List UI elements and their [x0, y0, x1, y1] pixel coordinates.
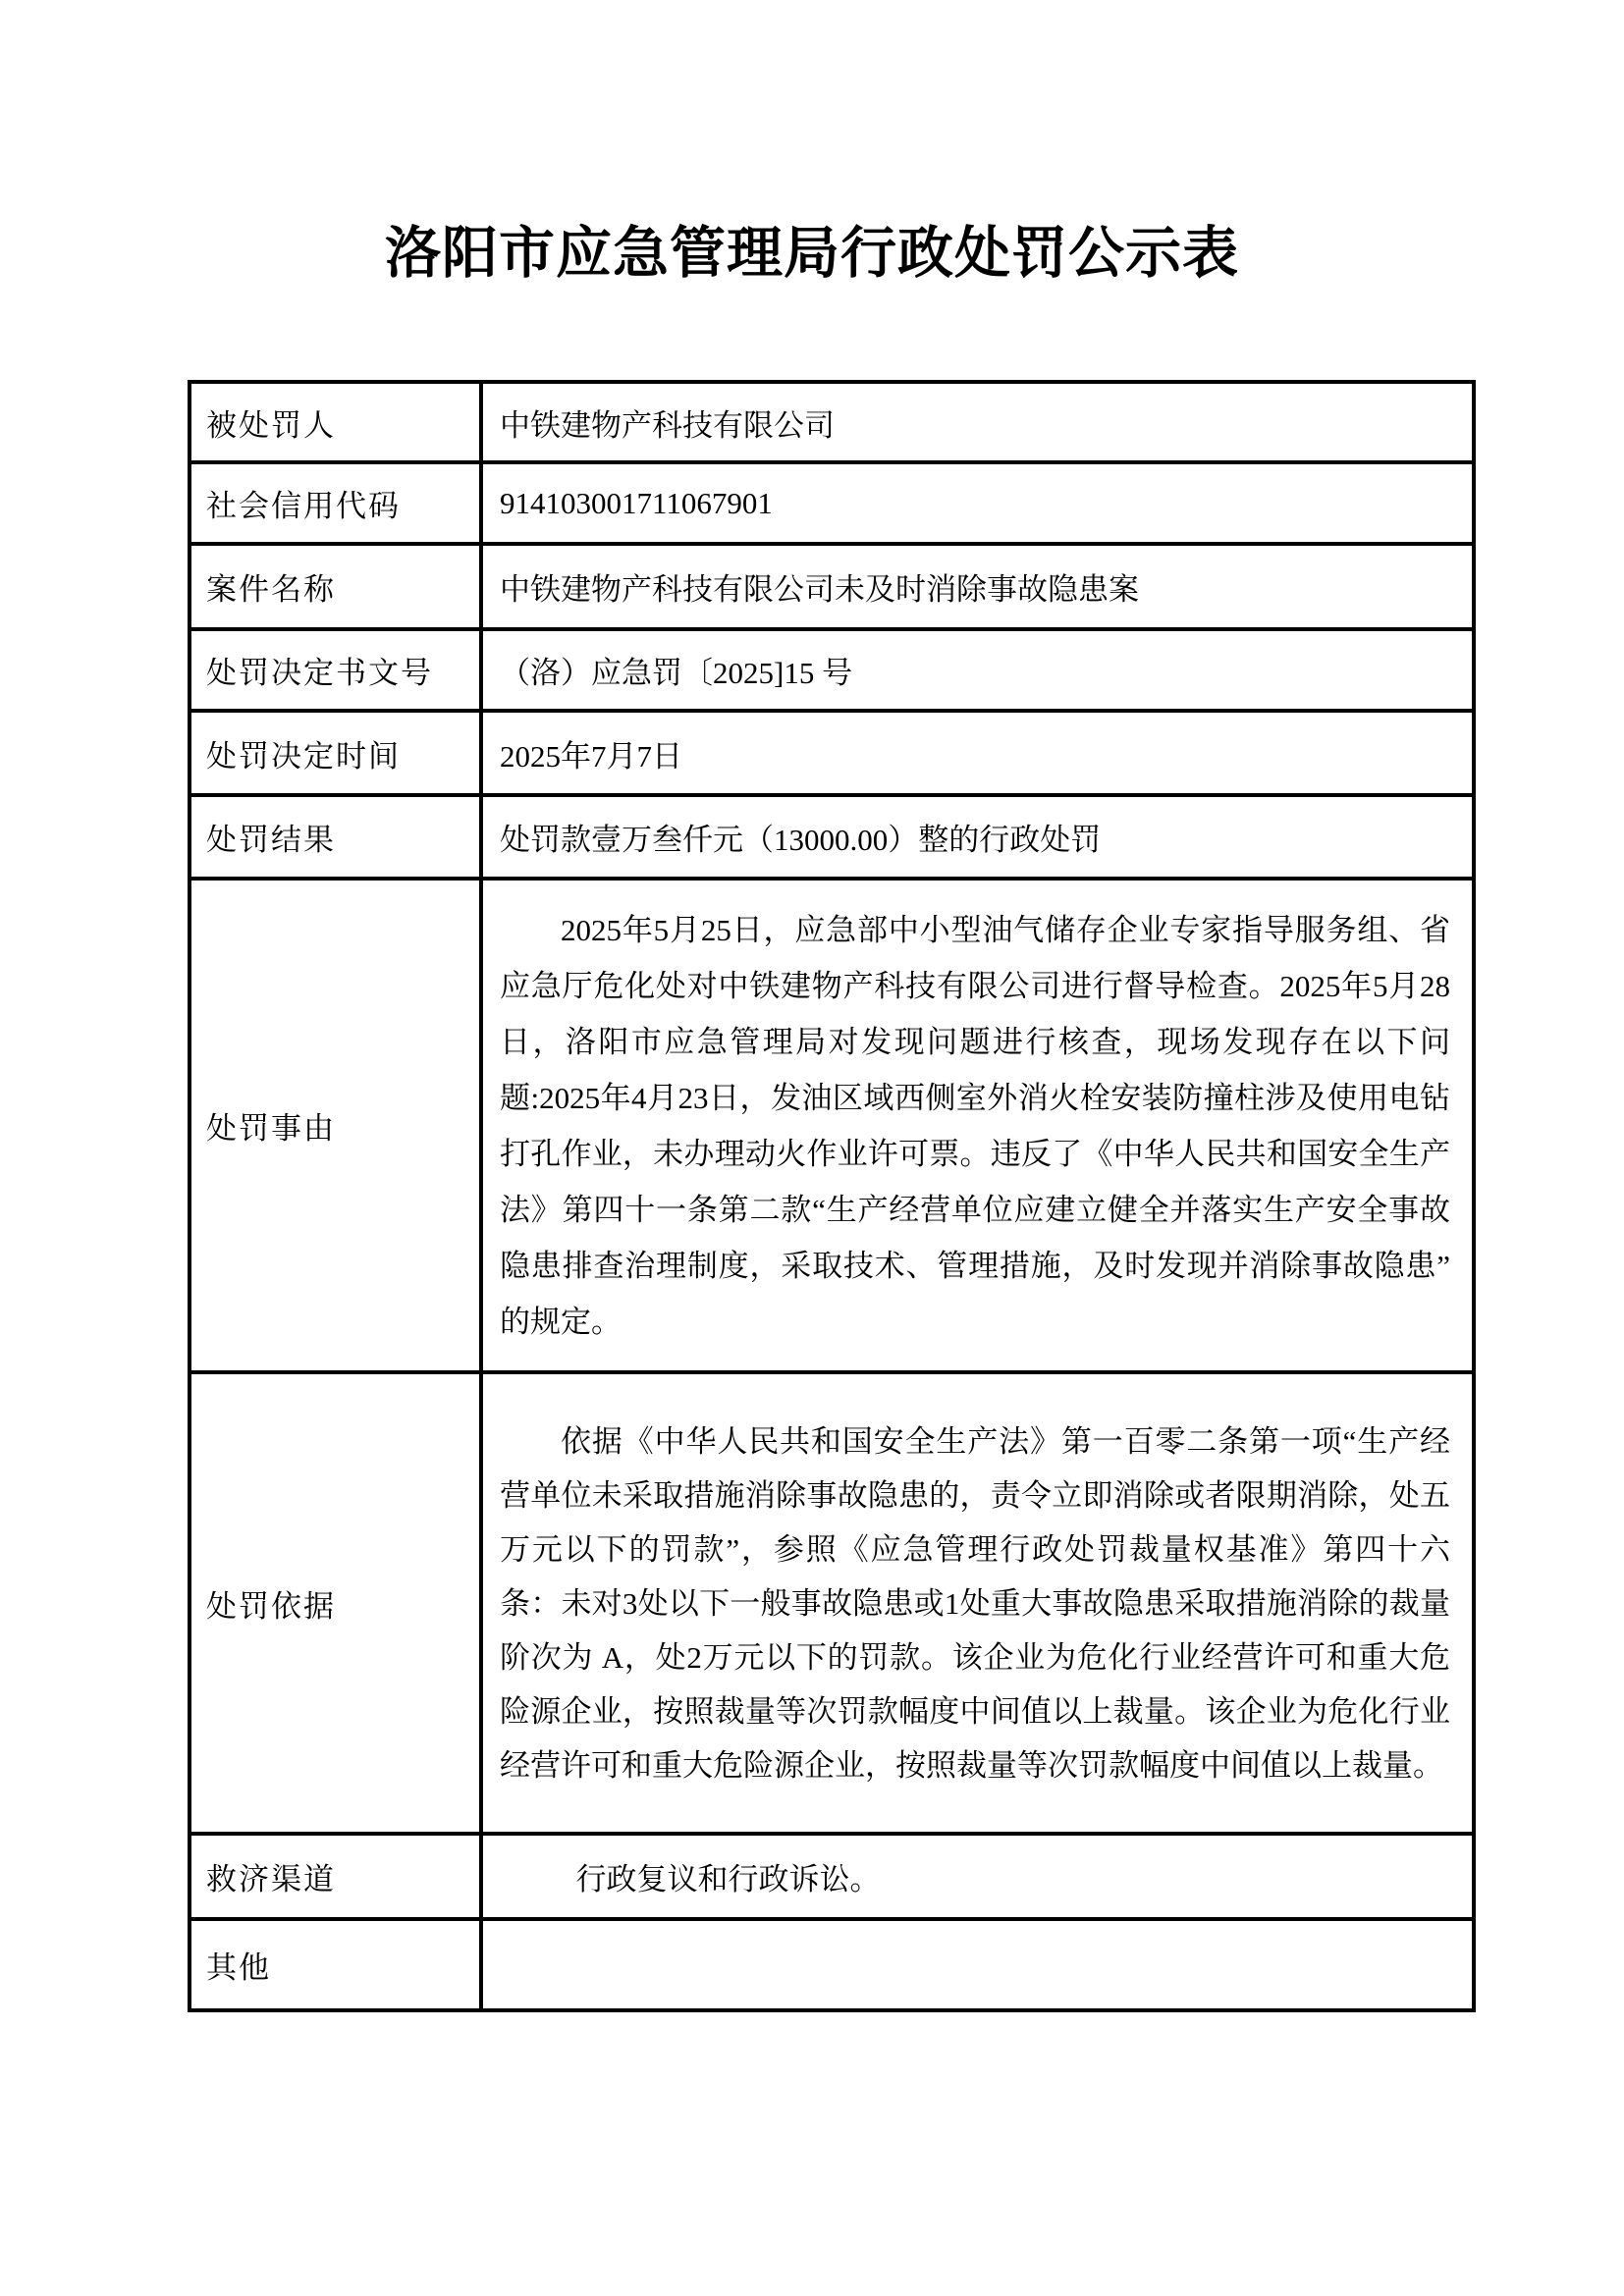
table-row-penalty-result: 处罚结果 处罚款壹万叁仟元（13000.00）整的行政处罚 — [189, 795, 1474, 879]
document-page: 洛阳市应急管理局行政处罚公示表 被处罚人 中铁建物产科技有限公司 社会信用代码 … — [0, 0, 1624, 2296]
row-value: 行政复议和行政诉讼。 — [481, 1834, 1474, 1919]
row-label: 处罚事由 — [189, 879, 481, 1372]
table-row-penalty-basis: 处罚依据 依据《中华人民共和国安全生产法》第一百零二条第一项“生产经营单位未采取… — [189, 1372, 1474, 1834]
row-label: 处罚决定书文号 — [189, 629, 481, 711]
table-row-decision-date: 处罚决定时间 2025年7月7日 — [189, 711, 1474, 795]
table-row-penalty-reason: 处罚事由 2025年5月25日，应急部中小型油气储存企业专家指导服务组、省应急厅… — [189, 879, 1474, 1372]
row-label: 救济渠道 — [189, 1834, 481, 1919]
row-label: 处罚决定时间 — [189, 711, 481, 795]
row-label: 其他 — [189, 1919, 481, 2010]
table-row-decision-number: 处罚决定书文号 （洛）应急罚〔2025]15 号 — [189, 629, 1474, 711]
table-row-case-name: 案件名称 中铁建物产科技有限公司未及时消除事故隐患案 — [189, 544, 1474, 629]
row-label: 案件名称 — [189, 544, 481, 629]
row-value: 中铁建物产科技有限公司 — [481, 382, 1474, 462]
row-value: 2025年7月7日 — [481, 711, 1474, 795]
row-label: 被处罚人 — [189, 382, 481, 462]
row-label: 处罚结果 — [189, 795, 481, 879]
document-title: 洛阳市应急管理局行政处罚公示表 — [0, 208, 1624, 289]
table-row-credit-code: 社会信用代码 914103001711067901 — [189, 462, 1474, 544]
penalty-table: 被处罚人 中铁建物产科技有限公司 社会信用代码 9141030017110679… — [188, 380, 1476, 2012]
row-label: 社会信用代码 — [189, 462, 481, 544]
table-row-other: 其他 — [189, 1919, 1474, 2010]
row-value: 中铁建物产科技有限公司未及时消除事故隐患案 — [481, 544, 1474, 629]
table-row-relief-channels: 救济渠道 行政复议和行政诉讼。 — [189, 1834, 1474, 1919]
row-value: 914103001711067901 — [481, 462, 1474, 544]
row-value: 依据《中华人民共和国安全生产法》第一百零二条第一项“生产经营单位未采取措施消除事… — [481, 1372, 1474, 1834]
row-label: 处罚依据 — [189, 1372, 481, 1834]
row-value: （洛）应急罚〔2025]15 号 — [481, 629, 1474, 711]
row-value: 2025年5月25日，应急部中小型油气储存企业专家指导服务组、省应急厅危化处对中… — [481, 879, 1474, 1372]
row-value: 处罚款壹万叁仟元（13000.00）整的行政处罚 — [481, 795, 1474, 879]
row-value — [481, 1919, 1474, 2010]
table-row-penalized-party: 被处罚人 中铁建物产科技有限公司 — [189, 382, 1474, 462]
